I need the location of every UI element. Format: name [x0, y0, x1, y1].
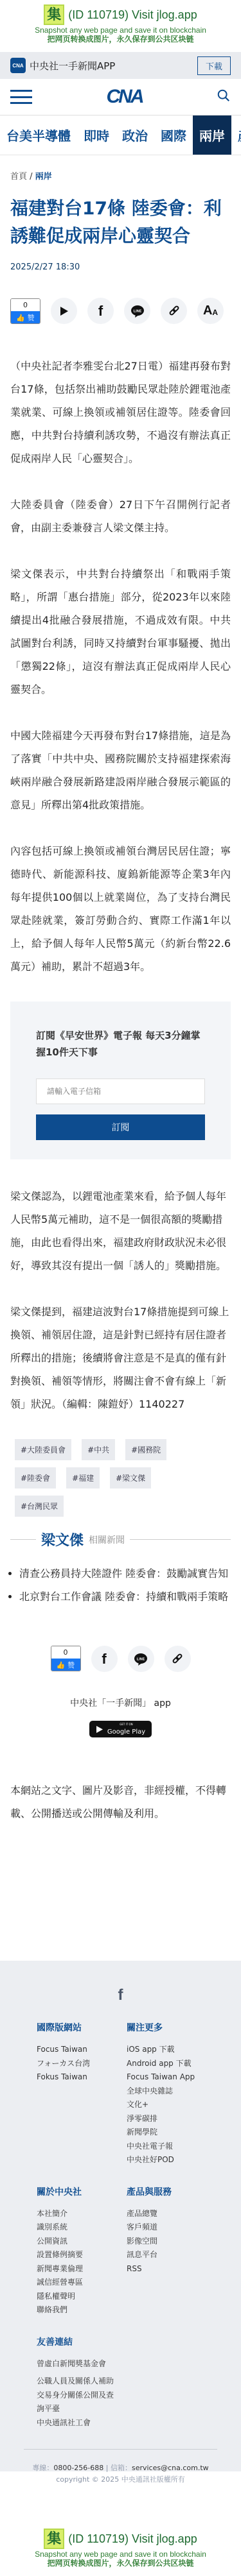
footer-heading: 產品與服務 — [127, 2185, 217, 2198]
footer-link[interactable]: フォーカス台湾 — [37, 2057, 127, 2071]
jlog-tagline-zh: 把网页转换成图片，永久保存到公共区块链 — [0, 35, 241, 44]
google-play-badge[interactable]: GET IT ONGoogle Play — [89, 1721, 152, 1737]
copyright-notice: 本網站之文字、圖片及影音，非經授權，不得轉載、公開播送或公開傳輸及利用。 — [0, 1737, 241, 1825]
like-count: 0 — [51, 1646, 80, 1659]
footer-link[interactable]: 中央通訊社工會 — [37, 2416, 114, 2430]
category-nav: 台美半導體 即時 政治 國際 兩岸 產 — [0, 115, 241, 155]
footer-copyright: copyright © 2025 中央通訊社版權所有 — [0, 2474, 241, 2486]
jlog-banner-top[interactable]: 集 (ID 110719) Visit jlog.app Snapshot an… — [0, 0, 241, 52]
facebook-icon[interactable]: f — [0, 1961, 241, 2004]
nav-item-realtime[interactable]: 即時 — [77, 115, 116, 155]
article-title: 福建對台17條 陸委會：利誘難促成兩岸心靈契合 — [0, 182, 241, 250]
tag[interactable]: #梁文傑 — [110, 1467, 151, 1488]
footer-link[interactable]: 曾虛白新聞獎基金會 — [37, 2357, 114, 2371]
nav-item-cross-strait[interactable]: 兩岸 — [193, 115, 231, 155]
related-news-item[interactable]: 北京對台工作會議 陸委會：持續和戰兩手策略 — [19, 1585, 231, 1608]
article-body-continued: 梁文傑認為，以鋰電池產業來看，給予個人每年人民幣5萬元補助，這不是一個很高額的獎… — [0, 1159, 241, 1416]
cna-app-logo-icon: CNA — [10, 58, 26, 73]
footer-link[interactable]: 本社簡介 — [37, 2207, 127, 2221]
footer-link[interactable]: 公職人員及關係人補助交易身分關係公開及查詢平臺 — [37, 2375, 114, 2416]
subscribe-button[interactable]: 訂閱 — [36, 1114, 205, 1140]
footer-link[interactable]: 中央社電子報 — [127, 2140, 217, 2154]
newsletter-title: 訂閱《早安世界》電子報 每天3分鐘掌握10件天下事 — [36, 1027, 205, 1061]
footer-link[interactable]: 聯絡我們 — [37, 2303, 127, 2317]
related-keyword: 梁文傑 — [41, 1530, 84, 1549]
line-share-icon[interactable]: LINE — [124, 298, 150, 324]
newsletter-subscribe-box: 訂閱《早安世界》電子報 每天3分鐘掌握10件天下事 訂閱 — [10, 1002, 231, 1159]
tag-list: #大陸委員會 #中共 #國務院 #陸委會 #福建 #梁文傑 #台灣民眾 — [0, 1439, 193, 1517]
like-label: 👍 赞 — [51, 1659, 80, 1671]
copy-link-icon[interactable] — [165, 1646, 191, 1672]
footer-link[interactable]: RSS — [127, 2262, 217, 2276]
breadcrumb-home[interactable]: 首頁 — [10, 172, 27, 182]
like-count: 0 — [11, 299, 40, 311]
footer-heading: 關注更多 — [127, 2021, 217, 2034]
jlog-id-text: (ID 110719) Visit jlog.app — [68, 2532, 197, 2546]
article-paragraph: 大陸委員會（陸委會）27日下午召開例行記者會，由副主委兼發言人梁文傑主持。 — [10, 493, 231, 540]
download-app-button[interactable]: 下載 — [197, 56, 231, 75]
footer-link[interactable]: 誠信經營專區 — [37, 2276, 127, 2290]
app-promo: 中央社「一手新聞」 app GET IT ONGoogle Play — [0, 1672, 241, 1737]
footer-heading: 國際版網站 — [37, 2021, 127, 2034]
site-footer: f 國際版網站 Focus Taiwan フォーカス台湾 Fokus Taiwa… — [0, 1961, 241, 2471]
divider — [130, 1539, 231, 1540]
cna-logo[interactable]: CNA — [107, 86, 143, 108]
footer-link[interactable]: 產品總覽 — [127, 2207, 217, 2221]
footer-link[interactable]: iOS app 下載 — [127, 2043, 217, 2057]
tag[interactable]: #陸委會 — [15, 1467, 56, 1488]
footer-link[interactable]: 客戶頻道 — [127, 2221, 217, 2235]
related-news-header: 梁文傑 相關新聞 — [0, 1517, 241, 1549]
share-toolbar: 0 👍 赞 f LINE AA — [0, 272, 241, 324]
search-icon[interactable] — [217, 89, 231, 105]
like-label: 👍 赞 — [11, 311, 40, 324]
tag[interactable]: #大陸委員會 — [15, 1439, 71, 1460]
nav-item-semiconductor[interactable]: 台美半導體 — [0, 115, 77, 155]
related-label: 相關新聞 — [89, 1533, 125, 1546]
tag[interactable]: #台灣民眾 — [15, 1496, 64, 1517]
tag[interactable]: #國務院 — [125, 1439, 166, 1460]
copy-link-icon[interactable] — [161, 298, 187, 324]
breadcrumb-current[interactable]: 兩岸 — [35, 172, 52, 182]
footer-section-products: 產品與服務 產品總覽 客戶頻道 影像空間 訊息平台 RSS — [127, 2185, 217, 2317]
footer-link[interactable]: 新聞學院 — [127, 2126, 217, 2140]
hotline-number[interactable]: 0800-256-688 — [53, 2464, 103, 2472]
footer-link[interactable]: 隱私權聲明 — [37, 2290, 127, 2304]
footer-link[interactable]: Fokus Taiwan — [37, 2070, 127, 2085]
jlog-banner-bottom[interactable]: 集 (ID 110719) Visit jlog.app Snapshot an… — [0, 2524, 241, 2576]
font-size-icon[interactable]: AA — [197, 298, 224, 324]
footer-link[interactable]: 訊息平台 — [127, 2248, 217, 2262]
svg-text:LINE: LINE — [137, 1657, 145, 1661]
jlog-tagline-en: Snapshot any web page and save it on blo… — [0, 26, 241, 35]
footer-section-follow-more: 關注更多 iOS app 下載 Android app 下載 Focus Tai… — [127, 2021, 217, 2167]
footer-section-friendly-links: 友善連結 曾虛白新聞獎基金會 公職人員及關係人補助交易身分關係公開及查詢平臺 中… — [37, 2335, 114, 2430]
svg-text:LINE: LINE — [133, 309, 141, 313]
nav-item-international[interactable]: 國際 — [154, 115, 193, 155]
footer-link[interactable]: Focus Taiwan App — [127, 2070, 217, 2085]
app-title: 中央社一手新聞APP — [30, 59, 115, 73]
line-share-icon[interactable]: LINE — [128, 1646, 154, 1672]
footer-link[interactable]: 識別系統 — [37, 2221, 127, 2235]
breadcrumb: 首頁 / 兩岸 — [0, 155, 241, 182]
footer-link[interactable]: 設置條例摘要 — [37, 2248, 127, 2262]
hamburger-menu-icon[interactable] — [10, 90, 32, 104]
app-info: CNA 中央社一手新聞APP — [10, 58, 115, 73]
jlog-title-row: 集 (ID 110719) Visit jlog.app — [0, 0, 241, 26]
facebook-share-icon[interactable]: f — [87, 298, 114, 324]
jlog-logo-icon: 集 — [44, 4, 64, 25]
jlog-title-row: 集 (ID 110719) Visit jlog.app — [0, 2524, 241, 2550]
breadcrumb-separator: / — [30, 172, 32, 182]
divider — [10, 1539, 36, 1540]
email-field[interactable] — [36, 1079, 205, 1104]
footer-link[interactable]: 淨零碳排 — [127, 2112, 217, 2126]
tag[interactable]: #中共 — [82, 1439, 115, 1460]
site-header: CNA — [0, 79, 241, 115]
jlog-tagline-zh: 把网页转换成图片，永久保存到公共区块链 — [0, 2559, 241, 2568]
jlog-logo-icon: 集 — [44, 2529, 64, 2549]
jlog-tagline-en: Snapshot any web page and save it on blo… — [0, 2550, 241, 2559]
footer-section-international: 國際版網站 Focus Taiwan フォーカス台湾 Fokus Taiwan — [37, 2021, 127, 2167]
article-date: 2025/2/27 18:30 — [0, 250, 241, 272]
like-button[interactable]: 0 👍 赞 — [51, 1646, 81, 1671]
article-body: （中央社記者李雅雯台北27日電）福建再發布對台17條，包括祭出補助鼓勵民眾赴陸於… — [0, 324, 241, 978]
article-paragraph: 梁文傑表示，中共對台持續祭出「和戰兩手策略」，所謂「惠台措施」部分，從2023年… — [10, 563, 231, 701]
footer-link[interactable]: 影像空間 — [127, 2235, 217, 2249]
nav-item-industry[interactable]: 產 — [231, 115, 241, 155]
google-play-icon — [96, 1725, 103, 1734]
jlog-id-text: (ID 110719) Visit jlog.app — [68, 8, 197, 22]
footer-contact: 專線：0800-256-688 | 信箱：services@cna.com.tw… — [0, 2462, 241, 2486]
related-news-item[interactable]: 清查公務員持大陸證件 陸委會：鼓勵誠實告知 — [19, 1562, 231, 1585]
footer-heading: 關於中央社 — [37, 2185, 127, 2198]
footer-link[interactable]: Focus Taiwan — [37, 2043, 127, 2057]
app-download-bar: CNA 中央社一手新聞APP 下載 — [0, 52, 241, 79]
article-paragraph: （中央社記者李雅雯台北27日電）福建再發布對台17條，包括祭出補助鼓勵民眾赴陸於… — [10, 355, 231, 470]
article-paragraph: 內容包括可線上換領或補領台灣居民居住證；寧德時代、新能源科技、廈鎢新能源等企業3… — [10, 840, 231, 978]
article-paragraph: 中國大陸福建今天再發布對台17條措施，這是為了落實「中共中央、國務院關於支持福建… — [10, 724, 231, 817]
contact-email[interactable]: services@cna.com.tw — [132, 2464, 209, 2472]
footer-columns: 國際版網站 Focus Taiwan フォーカス台湾 Fokus Taiwan … — [0, 2004, 241, 2430]
related-news-list: 清查公務員持大陸證件 陸委會：鼓勵誠實告知 北京對台工作會議 陸委會：持續和戰兩… — [0, 1549, 241, 1608]
footer-divider — [24, 2449, 217, 2450]
footer-link[interactable]: 文化+ — [127, 2098, 217, 2112]
tag[interactable]: #福建 — [66, 1467, 100, 1488]
footer-link[interactable]: 全球中央雜誌 — [127, 2085, 217, 2099]
footer-heading: 友善連結 — [37, 2335, 114, 2348]
app-promo-text: 中央社「一手新聞」 app — [0, 1696, 241, 1709]
footer-section-about: 關於中央社 本社簡介 識別系統 公開資訊 設置條例摘要 新聞專業倫理 誠信經營專… — [37, 2185, 127, 2317]
footer-link[interactable]: 公開資訊 — [37, 2235, 127, 2249]
facebook-share-icon[interactable]: f — [91, 1646, 118, 1672]
nav-item-politics[interactable]: 政治 — [116, 115, 154, 155]
footer-link[interactable]: 中央社好POD — [127, 2153, 217, 2167]
article-paragraph: 梁文傑認為，以鋰電池產業來看，給予個人每年人民幣5萬元補助，這不是一個很高額的獎… — [10, 1185, 231, 1277]
like-button[interactable]: 0 👍 赞 — [10, 298, 40, 324]
bottom-share-toolbar: 0 👍 赞 f LINE — [0, 1608, 241, 1672]
footer-link[interactable]: 新聞專業倫理 — [37, 2262, 127, 2276]
footer-link[interactable]: Android app 下載 — [127, 2057, 217, 2071]
play-audio-icon[interactable] — [51, 298, 77, 324]
article-paragraph: 梁文傑提到，福建這波對台17條措施提到可線上換領、補領居住證，這是針對已經持有居… — [10, 1301, 231, 1416]
